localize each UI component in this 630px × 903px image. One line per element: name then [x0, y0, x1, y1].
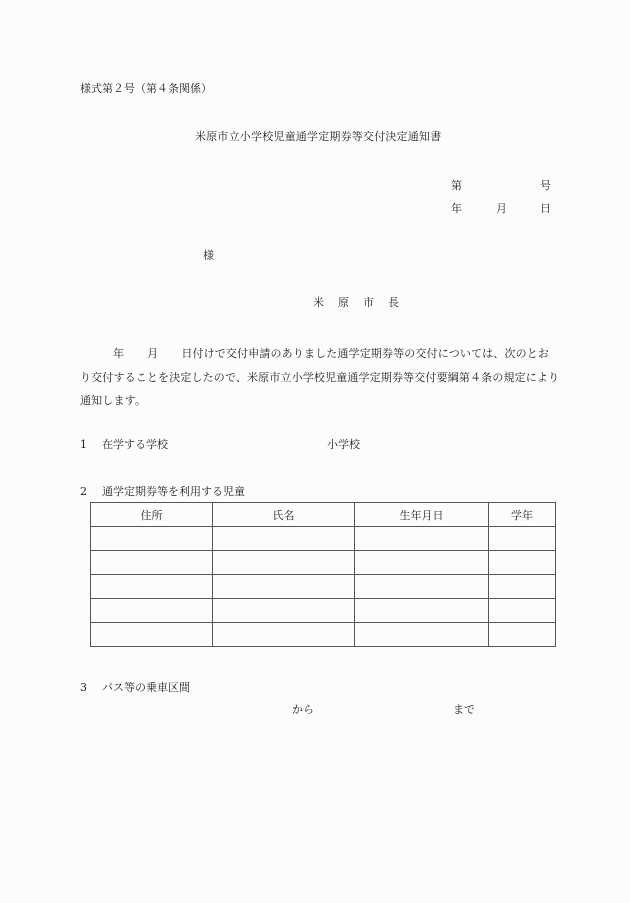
- cell-address[interactable]: [91, 623, 213, 647]
- cell-address[interactable]: [91, 575, 213, 599]
- cell-birthdate[interactable]: [355, 623, 489, 647]
- cell-name[interactable]: [213, 527, 355, 551]
- cell-grade[interactable]: [489, 527, 556, 551]
- body-month-label: 月: [147, 347, 158, 360]
- form-number: 様式第２号（第４条関係）: [80, 83, 212, 94]
- sender-char: 米: [313, 296, 324, 309]
- section-label: 在学する学校: [102, 438, 168, 451]
- school-suffix: 小学校: [327, 439, 360, 450]
- table-row: [91, 623, 556, 647]
- date-day-label: 日: [540, 203, 551, 214]
- sender-char: 長: [388, 296, 399, 309]
- section-school: 1在学する学校: [80, 439, 168, 450]
- children-table: 住所 氏名 生年月日 学年: [90, 502, 556, 647]
- cell-address[interactable]: [91, 599, 213, 623]
- section-route: 3バス等の乗車区間: [80, 682, 190, 693]
- cell-grade[interactable]: [489, 623, 556, 647]
- header-birthdate: 生年月日: [355, 503, 489, 527]
- sender-mayor: 米原市長: [313, 297, 399, 308]
- table-row: [91, 551, 556, 575]
- document-title: 米原市立小学校児童通学定期券等交付決定通知書: [195, 131, 441, 142]
- cell-birthdate[interactable]: [355, 575, 489, 599]
- cell-grade[interactable]: [489, 551, 556, 575]
- reference-no-suffix: 号: [540, 180, 551, 191]
- section-children: 2通学定期券等を利用する児童: [80, 486, 245, 497]
- reference-no-prefix: 第: [451, 180, 462, 191]
- cell-address[interactable]: [91, 527, 213, 551]
- table-row: [91, 599, 556, 623]
- cell-name[interactable]: [213, 623, 355, 647]
- section-number: 3: [80, 682, 102, 693]
- table-row: [91, 575, 556, 599]
- section-label: 通学定期券等を利用する児童: [102, 485, 245, 498]
- cell-name[interactable]: [213, 551, 355, 575]
- section-number: 2: [80, 486, 102, 497]
- addressee-suffix: 様: [203, 250, 214, 261]
- cell-birthdate[interactable]: [355, 551, 489, 575]
- table-header-row: 住所 氏名 生年月日 学年: [91, 503, 556, 527]
- table-row: [91, 527, 556, 551]
- cell-name[interactable]: [213, 599, 355, 623]
- cell-grade[interactable]: [489, 599, 556, 623]
- cell-birthdate[interactable]: [355, 599, 489, 623]
- body-year-label: 年: [113, 347, 124, 360]
- route-from-label: から: [292, 704, 314, 715]
- header-name: 氏名: [213, 503, 355, 527]
- cell-grade[interactable]: [489, 575, 556, 599]
- sender-char: 市: [363, 296, 374, 309]
- date-year-label: 年: [451, 203, 462, 214]
- cell-name[interactable]: [213, 575, 355, 599]
- route-to-label: まで: [453, 704, 475, 715]
- notice-body: 年月日付けで交付申請のありました通学定期券等の交付については、次のとおり交付する…: [80, 342, 560, 413]
- cell-address[interactable]: [91, 551, 213, 575]
- header-grade: 学年: [489, 503, 556, 527]
- date-month-label: 月: [496, 203, 507, 214]
- section-label: バス等の乗車区間: [102, 681, 190, 694]
- cell-birthdate[interactable]: [355, 527, 489, 551]
- header-address: 住所: [91, 503, 213, 527]
- sender-char: 原: [338, 296, 349, 309]
- section-number: 1: [80, 439, 102, 450]
